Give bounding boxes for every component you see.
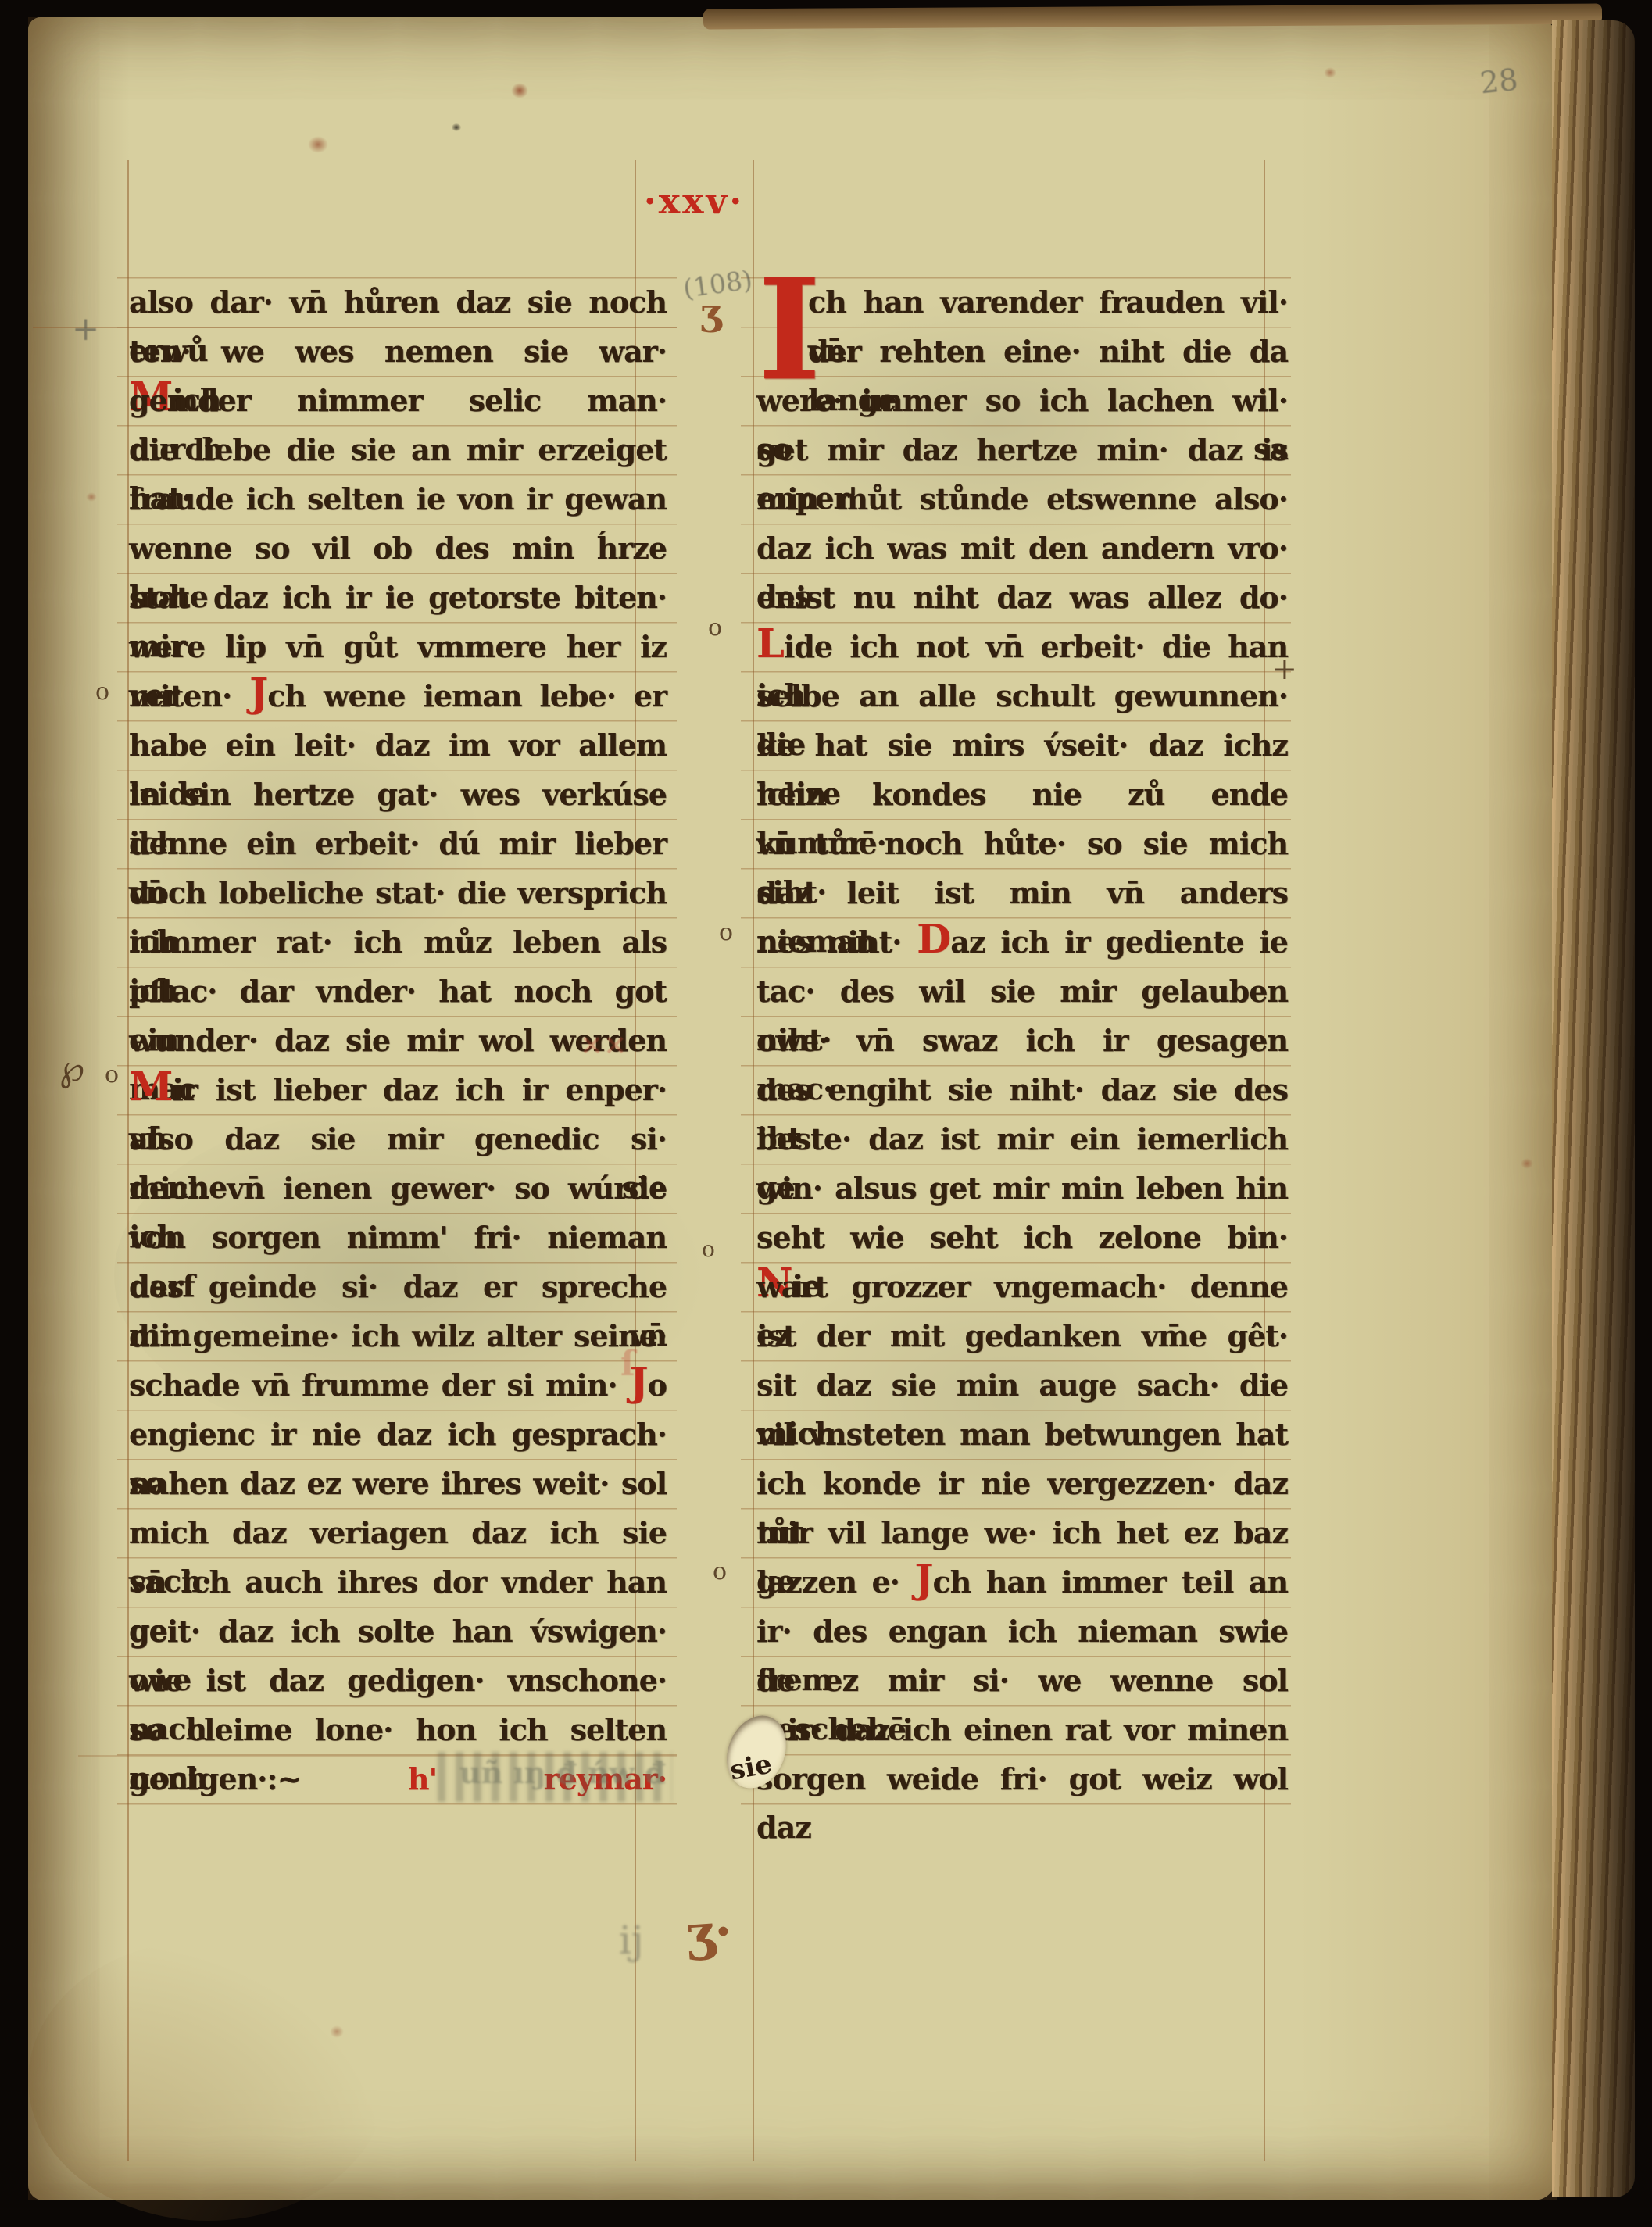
text-line: ich konde ir nie vergezzen· daz tůt xyxy=(756,1460,1288,1509)
text-line: lazzen e· Jch han immer teil an xyxy=(756,1558,1288,1607)
text-line: selbe an alle schult gewunnen· die xyxy=(756,672,1288,721)
text-line: daz leit ist min vn̄ anders nieman xyxy=(756,869,1288,918)
text-line: get mir daz hertze min· daz is enper' xyxy=(756,426,1288,475)
text-line: fraude ich selten ie von ir gewan xyxy=(129,475,667,524)
text-line: de ez mir si· we wenne sol geschehē xyxy=(756,1657,1288,1706)
fore-edge-shading xyxy=(1299,17,1557,2200)
text-line: enist nu niht daz was allez do· xyxy=(756,574,1288,623)
text-line: ir· des engan ich nieman swie frem xyxy=(756,1607,1288,1657)
text-line: nes niht· Daz ich ir gediente ie xyxy=(756,918,1288,967)
text-line: schade vn̄ frumme der si min· Jo xyxy=(129,1361,667,1410)
text-line: win· alsus get mir min leben hin xyxy=(756,1164,1288,1214)
frame-rule xyxy=(753,160,754,2161)
stain xyxy=(28,1939,388,2221)
text-line: ist der mit gedanken vm̄e gêt· xyxy=(756,1312,1288,1361)
text-column-right: ch han varender frauden vil· vn̄der reht… xyxy=(756,278,1288,1804)
text-line: nimmer rat· ich můz leben als ich xyxy=(129,918,667,967)
book-fore-edge xyxy=(1552,20,1635,2197)
text-line: nahen daz ez were ihres weit· sol xyxy=(129,1460,667,1509)
text-line: mir· daz ich einen rat vor minen xyxy=(756,1706,1288,1755)
folio-heading-roman-numeral: ·xxv· xyxy=(635,180,753,222)
text-line: min můt stůnde etswenne also· xyxy=(756,475,1288,524)
text-line: geit· daz ich solte han v́swigen· owe xyxy=(129,1607,667,1657)
text-line: pflac· dar vnder· hat noch got ein xyxy=(129,967,667,1017)
text-line: sorgen weide fri· got weiz wol daz xyxy=(756,1755,1288,1804)
text-line: denne ein erbeit· dú mir lieber vn̄ xyxy=(129,820,667,869)
text-line: also daz sie mir genedic si· denne sie xyxy=(129,1115,667,1164)
text-line: wie ist daz gedigen· vnschone· nach xyxy=(129,1657,667,1706)
text-line: die liebe die sie an mir erzeiget hat· xyxy=(129,426,667,475)
text-line: miten· Jch wene ieman lebe· er xyxy=(129,672,667,721)
text-line: mir vil lange we· ich het ez baz ge xyxy=(756,1509,1288,1558)
text-line: der rehten eine· niht die da lange xyxy=(756,327,1288,377)
text-line: tac· des wil sie mir gelauben niht· xyxy=(756,967,1288,1017)
text-line: Mir ist lieber daz ich ir enper· vn̄ xyxy=(129,1066,667,1115)
text-line: vn̄ ich auch ihres dor vnder han ge xyxy=(129,1558,667,1607)
text-line: stat· daz ich ir ie getorste biten· mir xyxy=(129,574,667,623)
text-line: doch lobeliche stat· die versprich ich xyxy=(129,869,667,918)
text-line: ke hat sie mirs v́seit· daz ichz heize xyxy=(756,721,1288,770)
text-line: mich daz veriagen daz ich sie sach· xyxy=(129,1509,667,1558)
text-line: des engiht sie niht· daz sie des iht xyxy=(756,1066,1288,1115)
text-line: vil vnsteten man betwungen hat xyxy=(756,1410,1288,1460)
text-line: habe ein leit· daz im vor allem leide xyxy=(129,721,667,770)
text-line: owe· vn̄ swaz ich ir gesagen mac· xyxy=(756,1017,1288,1066)
text-line: sit daz sie min auge sach· die mich xyxy=(756,1361,1288,1410)
text-line: in sin hertze gat· wes verkúse ich xyxy=(129,770,667,820)
text-line: vn̄ tůr noch hůte· so sie mich siht· xyxy=(756,820,1288,869)
text-line: gemder nimmer selic man· durch xyxy=(129,377,667,426)
text-line: ch han varender frauden vil· vn̄ xyxy=(756,278,1288,327)
gutter-shading xyxy=(28,17,130,2200)
text-line: so cleime lone· hon ich selten noch xyxy=(129,1706,667,1755)
text-line: ichn kondes nie zů ende kummē· xyxy=(756,770,1288,820)
text-line: wunder· daz sie mir wol werden mac xyxy=(129,1017,667,1066)
text-line: were· immer so ich lachen wil· so sa xyxy=(756,377,1288,426)
text-column-left: also dar· vn̄ hůren daz sie noch erwůten… xyxy=(129,278,667,1804)
text-line: engienc ir nie daz ich gesprach· so xyxy=(129,1410,667,1460)
text-line: din gemeine· ich wilz alter seine· xyxy=(129,1312,667,1361)
text-line: ten· we wes nemen sie war· Mich xyxy=(129,327,667,377)
text-line: also dar· vn̄ hůren daz sie noch erwů xyxy=(129,278,667,327)
text-line: von sorgen nimm' fri· nieman darf xyxy=(129,1214,667,1263)
text-line: beste· daz ist mir ein iemerlich ge xyxy=(756,1115,1288,1164)
text-line: were lip vn̄ gůt vmmere her iz ver xyxy=(129,623,667,672)
text-line: wenne so vil ob des min h́rze hohe xyxy=(129,524,667,574)
text-line: genigen·:~ h' reymar· xyxy=(129,1755,667,1804)
text-line: daz ich was mit den andern vro· des xyxy=(756,524,1288,574)
text-line: wart grozzer vngemach· denne ez xyxy=(756,1263,1288,1312)
text-line: des geinde si· daz er spreche min vn̄ xyxy=(129,1263,667,1312)
text-line: Lide ich not vn̄ erbeit· die han ich xyxy=(756,623,1288,672)
text-line: mich vn̄ ienen gewer· so wúrde ich xyxy=(129,1164,667,1214)
text-line: seht wie seht ich zelone bin· Nie xyxy=(756,1214,1288,1263)
